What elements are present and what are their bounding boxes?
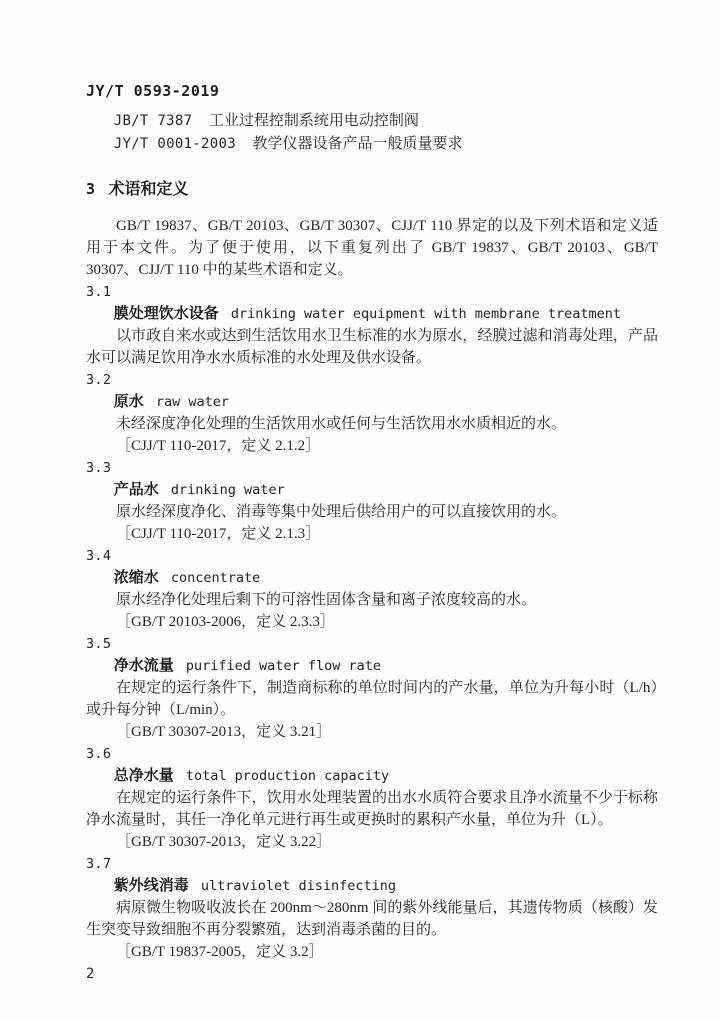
standard-number-header: JY/T 0593-2019 (86, 82, 658, 100)
term-en: ultraviolet disinfecting (201, 878, 396, 894)
term-source: ［GB/T 30307-2013，定义 3.21］ (86, 721, 658, 743)
term-title: 总净水量total production capacity (86, 765, 658, 787)
section-heading: 3术语和定义 (86, 176, 658, 199)
term-entry-3-2: 3.2 原水raw water 未经深度净化处理的生活饮用水或任何与生活饮用水水… (86, 369, 658, 457)
term-entry-3-3: 3.3 产品水drinking water 原水经深度净化、消毒等集中处理后供给… (86, 457, 658, 545)
term-definition: 在规定的运行条件下，饮用水处理装置的出水水质符合要求且净水流量不少于标称净水流量… (86, 787, 658, 831)
term-zh: 产品水 (114, 481, 159, 498)
reference-title: 教学仪器设备产品一般质量要求 (252, 136, 462, 152)
term-definition: 未经深度净化处理的生活饮用水或任何与生活饮用水水质相近的水。 (86, 413, 658, 435)
reference-title: 工业过程控制系统用电动控制阀 (209, 113, 419, 129)
term-source: ［CJJ/T 110-2017，定义 2.1.3］ (86, 523, 658, 545)
term-definition: 原水经深度净化、消毒等集中处理后供给用户的可以直接饮用的水。 (86, 501, 658, 523)
term-title: 净水流量purified water flow rate (86, 655, 658, 677)
term-source: ［GB/T 20103-2006，定义 2.3.3］ (86, 611, 658, 633)
normative-references: JB/T 7387工业过程控制系统用电动控制阀 JY/T 0001-2003教学… (86, 110, 658, 156)
term-definition: 原水经净化处理后剩下的可溶性固体含量和离子浓度较高的水。 (86, 589, 658, 611)
reference-item: JY/T 0001-2003教学仪器设备产品一般质量要求 (86, 133, 658, 156)
term-number: 3.5 (86, 633, 658, 655)
term-entry-3-4: 3.4 浓缩水concentrate 原水经净化处理后剩下的可溶性固体含量和离子… (86, 545, 658, 633)
reference-code: JB/T 7387 (114, 113, 193, 129)
term-zh: 紫外线消毒 (114, 877, 189, 894)
term-title: 膜处理饮水设备drinking water equipment with mem… (86, 303, 658, 325)
term-source: ［GB/T 30307-2013，定义 3.22］ (86, 831, 658, 853)
section-number: 3 (86, 180, 95, 198)
term-number: 3.7 (86, 853, 658, 875)
term-en: total production capacity (186, 768, 389, 784)
term-source: ［GB/T 19837-2005，定义 3.2］ (86, 941, 658, 963)
term-zh: 净水流量 (114, 657, 174, 674)
term-title: 原水raw water (86, 391, 658, 413)
reference-code: JY/T 0001-2003 (114, 136, 236, 152)
term-title: 紫外线消毒ultraviolet disinfecting (86, 875, 658, 897)
term-zh: 原水 (114, 393, 144, 410)
term-definition: 以市政自来水或达到生活饮用水卫生标准的水为原水，经膜过滤和消毒处理，产品水可以满… (86, 325, 658, 369)
section-intro-paragraph: GB/T 19837、GB/T 20103、GB/T 30307、CJJ/T 1… (86, 215, 658, 281)
page-number: 2 (86, 966, 658, 982)
term-zh: 浓缩水 (114, 569, 159, 586)
term-entry-3-7: 3.7 紫外线消毒ultraviolet disinfecting 病原微生物吸… (86, 853, 658, 963)
reference-item: JB/T 7387工业过程控制系统用电动控制阀 (86, 110, 658, 133)
term-number: 3.6 (86, 743, 658, 765)
term-en: concentrate (171, 570, 260, 586)
document-page: JY/T 0593-2019 JB/T 7387工业过程控制系统用电动控制阀 J… (0, 0, 720, 1018)
term-source: ［CJJ/T 110-2017，定义 2.1.2］ (86, 435, 658, 457)
term-definition: 病原微生物吸收波长在 200nm～280nm 间的紫外线能量后，其遗传物质（核酸… (86, 897, 658, 941)
term-zh: 膜处理饮水设备 (114, 305, 219, 322)
term-en: drinking water equipment with membrane t… (231, 306, 621, 322)
term-definition: 在规定的运行条件下，制造商标称的单位时间内的产水量，单位为升每小时（L/h）或升… (86, 677, 658, 721)
term-entry-3-6: 3.6 总净水量total production capacity 在规定的运行… (86, 743, 658, 853)
term-number: 3.4 (86, 545, 658, 567)
term-entry-3-5: 3.5 净水流量purified water flow rate 在规定的运行条… (86, 633, 658, 743)
term-en: drinking water (171, 482, 285, 498)
term-number: 3.1 (86, 281, 658, 303)
section-title: 术语和定义 (109, 181, 189, 198)
term-number: 3.3 (86, 457, 658, 479)
term-number: 3.2 (86, 369, 658, 391)
term-en: raw water (156, 394, 229, 410)
term-entry-3-1: 3.1 膜处理饮水设备drinking water equipment with… (86, 281, 658, 369)
term-title: 浓缩水concentrate (86, 567, 658, 589)
term-title: 产品水drinking water (86, 479, 658, 501)
term-zh: 总净水量 (114, 767, 174, 784)
term-en: purified water flow rate (186, 658, 381, 674)
